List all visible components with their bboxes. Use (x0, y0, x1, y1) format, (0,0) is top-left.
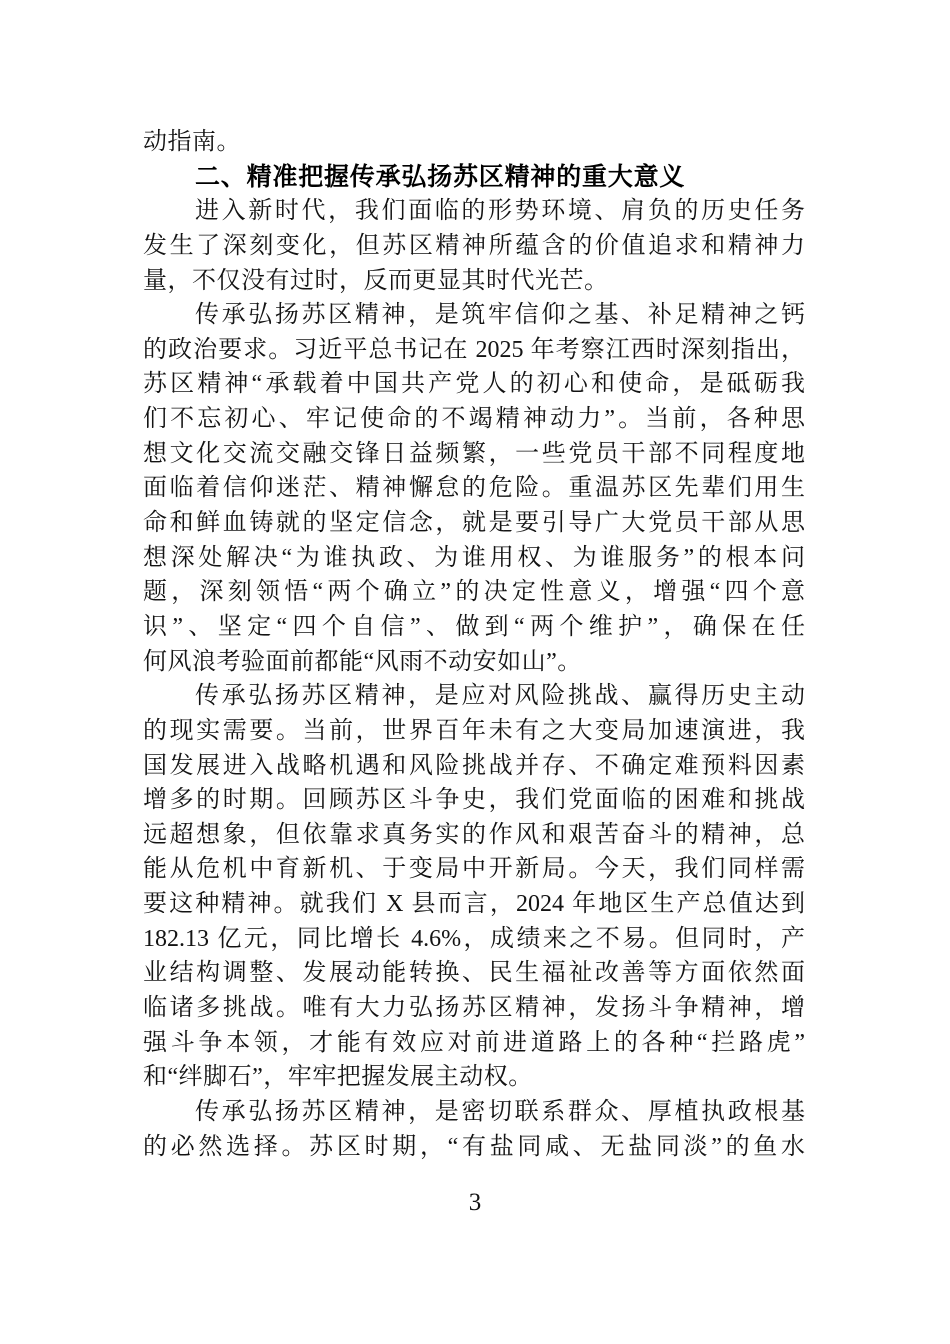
page-number: 3 (0, 1185, 950, 1221)
text-line: 强斗争本领，才能有效应对前进道路上的各种“拦路虎” (143, 1026, 805, 1061)
text-block: 动指南。二、精准把握传承弘扬苏区精神的重大意义进入新时代，我们面临的形势环境、肩… (143, 125, 805, 1164)
text-line: 的政治要求。习近平总书记在 2025 年考察江西时深刻指出， (143, 333, 805, 368)
text-line: 识”、坚定“四个自信”、做到“两个维护”，确保在任 (143, 610, 805, 645)
text-line: 远超想象，但依靠求真务实的作风和艰苦奋斗的精神，总 (143, 818, 805, 853)
text-line: 苏区精神“承载着中国共产党人的初心和使命，是砥砺我 (143, 367, 805, 402)
text-line: 182.13 亿元，同比增长 4.6%，成绩来之不易。但同时，产 (143, 922, 805, 957)
text-line: 的必然选择。苏区时期，“有盐同咸、无盐同淡”的鱼水 (143, 1130, 805, 1165)
text-line: 进入新时代，我们面临的形势环境、肩负的历史任务 (143, 194, 805, 229)
text-line: 能从危机中育新机、于变局中开新局。今天，我们同样需 (143, 852, 805, 887)
text-line: 的现实需要。当前，世界百年未有之大变局加速演进，我 (143, 714, 805, 749)
text-line: 想深处解决“为谁执政、为谁用权、为谁服务”的根本问 (143, 541, 805, 576)
text-line: 们不忘初心、牢记使命的不竭精神动力”。当前，各种思 (143, 402, 805, 437)
text-line: 临诸多挑战。唯有大力弘扬苏区精神，发扬斗争精神，增 (143, 991, 805, 1026)
text-line: 题，深刻领悟“两个确立”的决定性意义，增强“四个意 (143, 575, 805, 610)
text-line: 和“绊脚石”，牢牢把握发展主动权。 (143, 1060, 805, 1095)
text-line: 想文化交流交融交锋日益频繁，一些党员干部不同程度地 (143, 437, 805, 472)
text-line: 国发展进入战略机遇和风险挑战并存、不确定难预料因素 (143, 749, 805, 784)
document-page: 动指南。二、精准把握传承弘扬苏区精神的重大意义进入新时代，我们面临的形势环境、肩… (0, 0, 950, 1344)
text-line: 面临着信仰迷茫、精神懈怠的危险。重温苏区先辈们用生 (143, 471, 805, 506)
text-line: 传承弘扬苏区精神，是应对风险挑战、赢得历史主动 (143, 679, 805, 714)
text-line: 增多的时期。回顾苏区斗争史，我们党面临的困难和挑战 (143, 783, 805, 818)
text-line: 发生了深刻变化，但苏区精神所蕴含的价值追求和精神力 (143, 229, 805, 264)
text-line: 业结构调整、发展动能转换、民生福祉改善等方面依然面 (143, 956, 805, 991)
text-line: 要这种精神。就我们 X 县而言，2024 年地区生产总值达到 (143, 887, 805, 922)
text-line: 命和鲜血铸就的坚定信念，就是要引导广大党员干部从思 (143, 506, 805, 541)
text-line: 传承弘扬苏区精神，是筑牢信仰之基、补足精神之钙 (143, 298, 805, 333)
text-line: 何风浪考验面前都能“风雨不动安如山”。 (143, 645, 805, 680)
text-line: 动指南。 (143, 125, 805, 160)
text-line: 传承弘扬苏区精神，是密切联系群众、厚植执政根基 (143, 1095, 805, 1130)
text-line: 量，不仅没有过时，反而更显其时代光芒。 (143, 264, 805, 299)
section-heading: 二、精准把握传承弘扬苏区精神的重大意义 (143, 160, 805, 195)
